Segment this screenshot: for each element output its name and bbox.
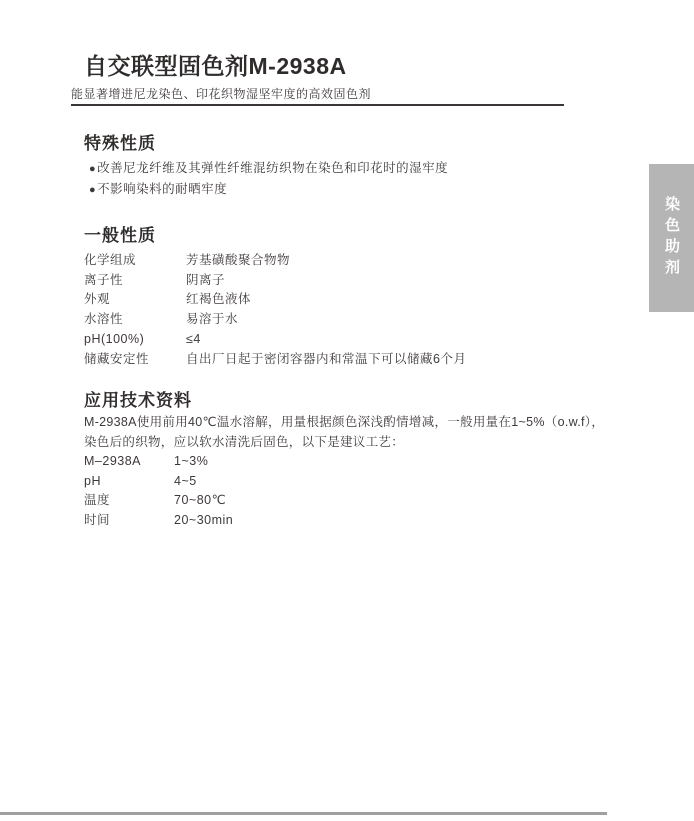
process-value: 70~80℃	[174, 491, 226, 511]
process-label: 温度	[84, 491, 174, 511]
footer-bar	[0, 812, 607, 815]
property-label: 储藏安定性	[84, 350, 186, 370]
property-value: ≤4	[186, 330, 201, 350]
list-item: ●不影响染料的耐晒牢度	[89, 179, 584, 200]
process-label: M–2938A	[84, 452, 174, 472]
side-tab-label: 染色助剂	[649, 196, 694, 280]
process-row: 温度 70~80℃	[84, 491, 584, 511]
property-value: 红褐色液体	[186, 290, 251, 310]
list-item-text: 改善尼龙纤维及其弹性纤维混纺织物在染色和印花时的湿牢度	[97, 161, 448, 175]
general-properties-table: 化学组成 芳基磺酸聚合物物 离子性 阴离子 外观 红褐色液体 水溶性 易溶于水 …	[84, 251, 584, 369]
section-heading-general-properties: 一般性质	[84, 226, 584, 246]
property-label: 化学组成	[84, 251, 186, 271]
process-value: 4~5	[174, 472, 197, 492]
side-tab-dyeing-auxiliaries: 染色助剂	[649, 164, 694, 312]
section-heading-application: 应用技术资料	[84, 391, 584, 411]
property-value: 易溶于水	[186, 310, 238, 330]
application-table: M–2938A 1~3% pH 4~5 温度 70~80℃ 时间 20~30mi…	[84, 452, 584, 530]
property-row: 化学组成 芳基磺酸聚合物物	[84, 251, 584, 271]
property-row: 水溶性 易溶于水	[84, 310, 584, 330]
paragraph-line: M-2938A使用前用40℃温水溶解，用量根据颜色深浅酌情增减，一般用量在1~5…	[84, 413, 584, 433]
document-content: 自交联型固色剂M-2938A 能显著增进尼龙染色、印花织物湿坚牢度的高效固色剂 …	[84, 0, 584, 530]
process-label: 时间	[84, 511, 174, 531]
property-row: 储藏安定性 自出厂日起于密闭容器内和常温下可以储藏6个月	[84, 350, 584, 370]
process-label: pH	[84, 472, 174, 492]
application-paragraph: M-2938A使用前用40℃温水溶解，用量根据颜色深浅酌情增减，一般用量在1~5…	[84, 413, 584, 452]
property-row: pH(100%) ≤4	[84, 330, 584, 350]
property-label: 外观	[84, 290, 186, 310]
property-value: 阴离子	[186, 271, 225, 291]
process-value: 1~3%	[174, 452, 208, 472]
property-label: 离子性	[84, 271, 186, 291]
subtitle-block: 能显著增进尼龙染色、印花织物湿坚牢度的高效固色剂	[71, 88, 564, 106]
process-row: 时间 20~30min	[84, 511, 584, 531]
list-item: ●改善尼龙纤维及其弹性纤维混纺织物在染色和印花时的湿牢度	[89, 158, 584, 179]
process-row: M–2938A 1~3%	[84, 452, 584, 472]
page-subtitle: 能显著增进尼龙染色、印花织物湿坚牢度的高效固色剂	[71, 88, 564, 101]
paragraph-line: 染色后的织物，应以软水清洗后固色，以下是建议工艺：	[84, 433, 584, 453]
property-value: 芳基磺酸聚合物物	[186, 251, 290, 271]
section-heading-special-properties: 特殊性质	[84, 134, 584, 154]
special-properties-list: ●改善尼龙纤维及其弹性纤维混纺织物在染色和印花时的湿牢度 ●不影响染料的耐晒牢度	[89, 158, 584, 200]
process-value: 20~30min	[174, 511, 233, 531]
property-row: 离子性 阴离子	[84, 271, 584, 291]
property-label: 水溶性	[84, 310, 186, 330]
property-label: pH(100%)	[84, 330, 186, 350]
page-title: 自交联型固色剂M-2938A	[84, 52, 584, 80]
bullet-icon: ●	[89, 184, 96, 196]
process-row: pH 4~5	[84, 472, 584, 492]
bullet-icon: ●	[89, 163, 96, 175]
list-item-text: 不影响染料的耐晒牢度	[97, 182, 227, 196]
property-value: 自出厂日起于密闭容器内和常温下可以储藏6个月	[186, 350, 466, 370]
property-row: 外观 红褐色液体	[84, 290, 584, 310]
